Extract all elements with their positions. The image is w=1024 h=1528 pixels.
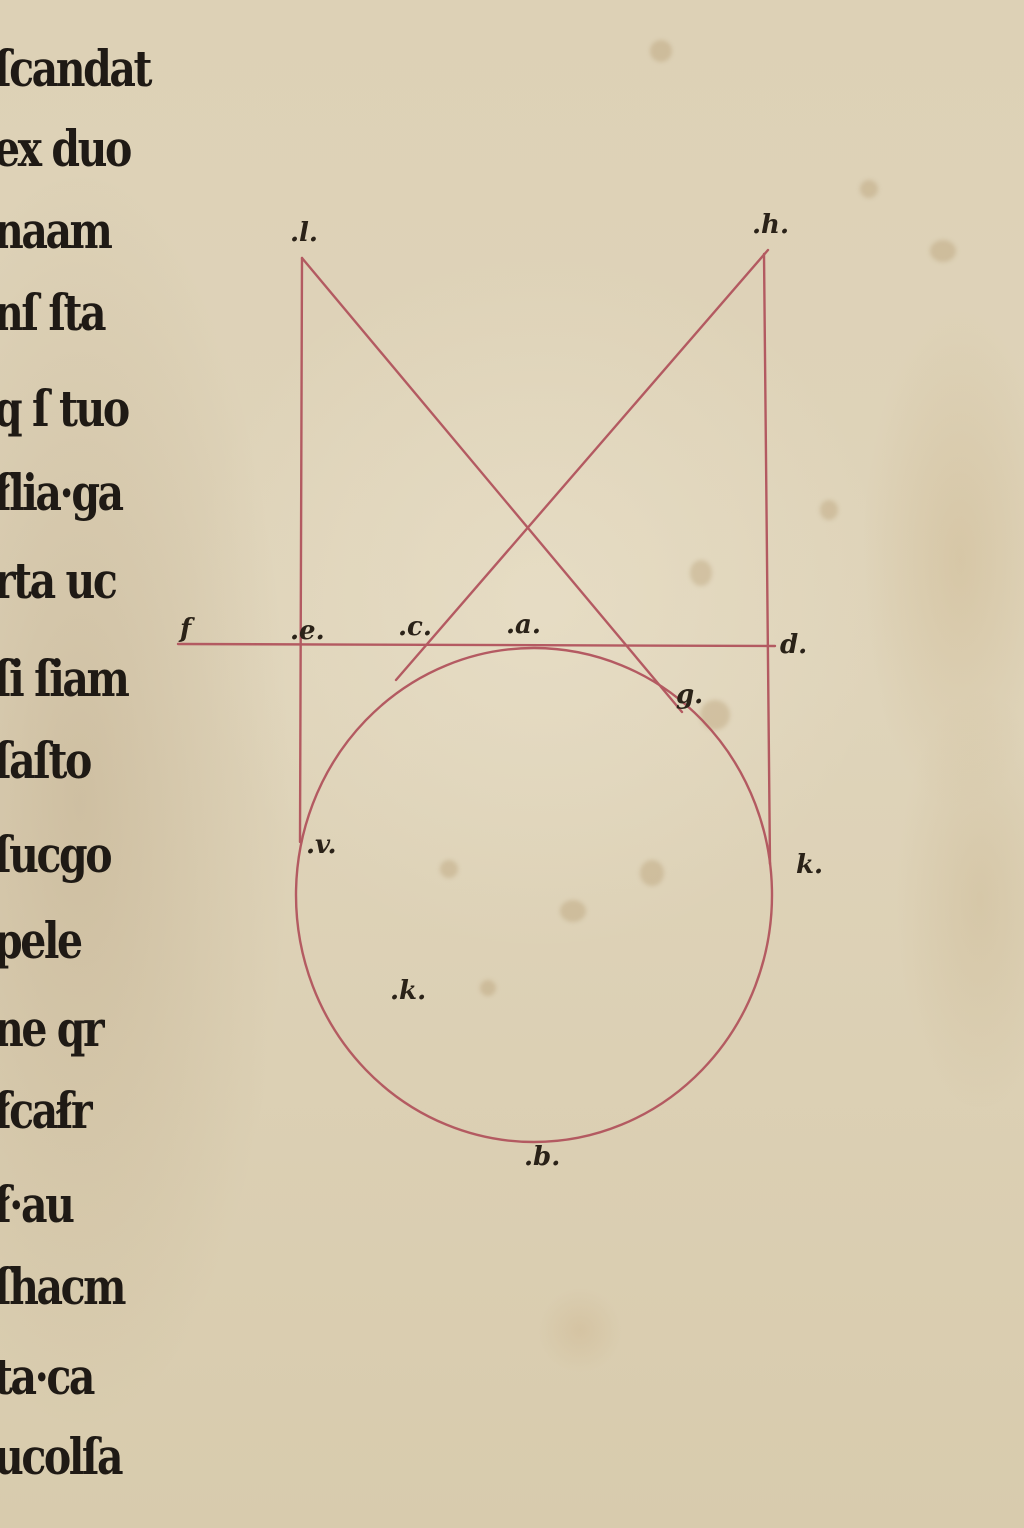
label-e: .e.: [290, 618, 325, 644]
label-k-right: k.: [796, 852, 823, 878]
label-v: .v.: [306, 832, 337, 858]
label-f: f: [180, 616, 191, 642]
label-d: d.: [780, 632, 807, 658]
label-b: .b.: [524, 1144, 560, 1170]
left-vertical-line: [300, 258, 302, 842]
label-h: .h.: [752, 212, 789, 238]
geometric-diagram: [0, 0, 1024, 1528]
diagonal-line-h: [396, 250, 768, 680]
right-vertical-line: [764, 254, 770, 864]
label-k-center: .k.: [390, 978, 426, 1004]
label-a: .a.: [506, 612, 541, 638]
circle: [296, 648, 772, 1142]
label-l: .l.: [290, 220, 318, 246]
label-g: g.: [676, 682, 703, 708]
label-c: .c.: [398, 614, 432, 640]
horizontal-line: [178, 644, 775, 646]
